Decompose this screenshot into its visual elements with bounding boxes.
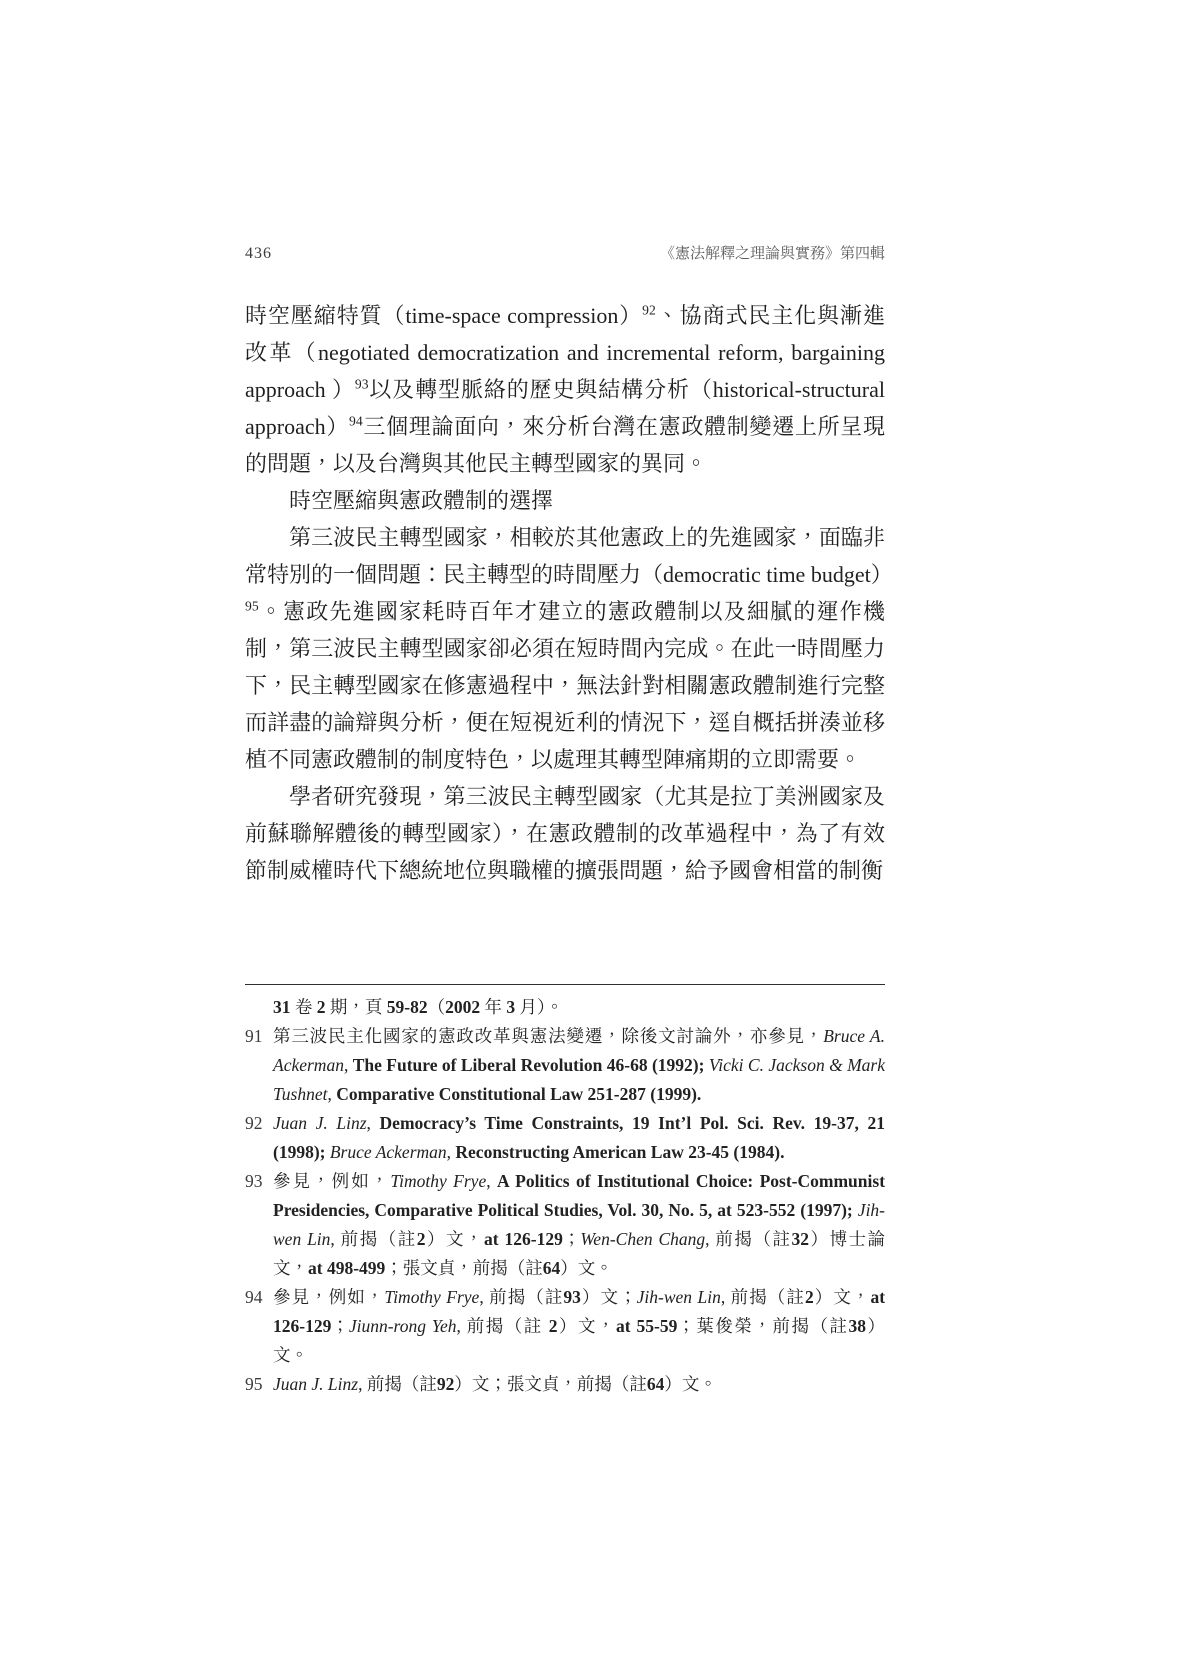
footnote-text: Juan J. Linz, 前揭（註92）文；張文貞，前揭（註64）文。 xyxy=(273,1370,885,1399)
text-run: ）文， xyxy=(814,1287,871,1307)
footnote-item: 95Juan J. Linz, 前揭（註92）文；張文貞，前揭（註64）文。 xyxy=(245,1370,885,1399)
footnote-text: 31 卷 2 期，頁 59-82（2002 年 3 月）。 xyxy=(273,993,885,1022)
footnote-text: Juan J. Linz, Democracy’s Time Constrain… xyxy=(273,1109,885,1167)
text-run: , xyxy=(327,1084,336,1104)
text-run: , 前揭（註 xyxy=(479,1287,563,1307)
text-run: Reconstructing American Law 23-45 (1984)… xyxy=(455,1142,784,1162)
text-run: 64 xyxy=(543,1258,561,1278)
text-run: Juan J. Linz xyxy=(273,1374,358,1394)
text-run: 2 xyxy=(805,1287,814,1307)
footnotes-area: 31 卷 2 期，頁 59-82（2002 年 3 月）。91第三波民主化國家的… xyxy=(245,984,885,1399)
text-run: 64 xyxy=(647,1374,665,1394)
footnote-item: 31 卷 2 期，頁 59-82（2002 年 3 月）。 xyxy=(245,993,885,1022)
page-number: 436 xyxy=(245,245,272,263)
footnote-ref-sup: 95 xyxy=(245,599,259,614)
book-page: 436 《憲法解釋之理論與實務》第四輯 時空壓縮特質（time-space co… xyxy=(0,0,1177,1664)
text-run: ）文。 xyxy=(664,1374,717,1394)
text-run: 月）。 xyxy=(515,997,563,1017)
footnote-number: 95 xyxy=(245,1370,273,1399)
section-subheading: 時空壓縮與憲政體制的選擇 xyxy=(245,482,885,519)
footnote-number: 91 xyxy=(245,1022,273,1051)
footnote-number: 92 xyxy=(245,1109,273,1138)
text-run: , 前揭（註 xyxy=(721,1287,805,1307)
text-run: 32 xyxy=(791,1229,809,1249)
text-run: 31 xyxy=(273,997,291,1017)
text-run: 92 xyxy=(437,1374,455,1394)
footnote-number: 93 xyxy=(245,1167,273,1196)
text-run: The Future of Liberal Revolution 46-68 (… xyxy=(353,1055,705,1075)
footnote-ref-sup: 94 xyxy=(349,414,363,429)
footnote-item: 91第三波民主化國家的憲政改革與憲法變遷，除後文討論外，亦參見，Bruce A.… xyxy=(245,1022,885,1109)
text-run: 期，頁 xyxy=(326,997,387,1017)
text-run: ）文。 xyxy=(560,1258,613,1278)
text-run: 第三波民主化國家的憲政改革與憲法變遷，除後文討論外，亦參見， xyxy=(273,1026,823,1046)
text-run: , 前揭（註 xyxy=(456,1316,548,1336)
text-run: , xyxy=(344,1055,353,1075)
text-run: , 前揭（註 xyxy=(358,1374,437,1394)
text-run: Timothy Frye xyxy=(384,1287,479,1307)
running-header-title: 《憲法解釋之理論與實務》第四輯 xyxy=(660,242,885,263)
text-run: 參見，例如， xyxy=(273,1287,384,1307)
text-run: ；葉俊榮，前揭（註 xyxy=(677,1316,848,1336)
text-run: , xyxy=(367,1113,380,1133)
text-run: 93 xyxy=(563,1287,581,1307)
text-run: ）文， xyxy=(425,1229,484,1249)
text-run: Bruce Ackerman xyxy=(330,1142,447,1162)
footnote-ref-sup: 93 xyxy=(355,377,369,392)
footnote-item: 92Juan J. Linz, Democracy’s Time Constra… xyxy=(245,1109,885,1167)
text-run: 第三波民主轉型國家，相較於其他憲政上的先進國家，面臨非常特別的一個問題：民主轉型… xyxy=(245,525,893,587)
body-paragraph: 第三波民主轉型國家，相較於其他憲政上的先進國家，面臨非常特別的一個問題：民主轉型… xyxy=(245,519,885,778)
footnote-text: 第三波民主化國家的憲政改革與憲法變遷，除後文討論外，亦參見，Bruce A. A… xyxy=(273,1022,885,1109)
text-run: 參見，例如， xyxy=(273,1171,390,1191)
body-text-area: 時空壓縮特質（time-space compression）92、協商式民主化與… xyxy=(245,297,885,889)
text-run: Jiunn-rong Yeh xyxy=(349,1316,457,1336)
text-run: at 55-59 xyxy=(616,1316,677,1336)
text-run: Juan J. Linz xyxy=(273,1113,367,1133)
footnote-ref-sup: 92 xyxy=(642,303,656,318)
text-run: 。憲政先進國家耗時百年才建立的憲政體制以及細膩的運作機制，第三波民主轉型國家卻必… xyxy=(245,599,885,772)
text-run: ；張文貞，前揭（註 xyxy=(385,1258,543,1278)
text-run: Timothy Frye xyxy=(390,1171,486,1191)
footnote-item: 94參見，例如，Timothy Frye, 前揭（註93）文；Jih-wen L… xyxy=(245,1283,885,1370)
text-run: , 前揭（註 xyxy=(705,1229,791,1249)
text-run: Jih-wen Lin xyxy=(637,1287,721,1307)
text-run: , xyxy=(486,1171,497,1191)
body-paragraph: 學者研究發現，第三波民主轉型國家（尤其是拉丁美洲國家及前蘇聯解體後的轉型國家），… xyxy=(245,778,885,889)
text-run: 學者研究發現，第三波民主轉型國家（尤其是拉丁美洲國家及前蘇聯解體後的轉型國家），… xyxy=(245,784,885,883)
footnote-number: 94 xyxy=(245,1283,273,1312)
running-header: 436 《憲法解釋之理論與實務》第四輯 xyxy=(245,242,885,263)
text-run: at 126-129 xyxy=(484,1229,563,1249)
text-run: Wen-Chen Chang xyxy=(580,1229,705,1249)
footnotes-list: 31 卷 2 期，頁 59-82（2002 年 3 月）。91第三波民主化國家的… xyxy=(245,993,885,1399)
text-run: 卷 xyxy=(291,997,317,1017)
text-run: 38 xyxy=(849,1316,867,1336)
text-run: ）文； xyxy=(581,1287,637,1307)
text-run: 年 xyxy=(480,997,506,1017)
footnote-text: 參見，例如，Timothy Frye, 前揭（註93）文；Jih-wen Lin… xyxy=(273,1283,885,1370)
text-run: ； xyxy=(331,1316,349,1336)
text-run: 2 xyxy=(317,997,326,1017)
text-run: 3 xyxy=(506,997,515,1017)
footnote-text: 參見，例如，Timothy Frye, A Politics of Instit… xyxy=(273,1167,885,1283)
text-run: at 498-499 xyxy=(308,1258,385,1278)
text-run: , 前揭（註 xyxy=(330,1229,416,1249)
text-run: 59-82 xyxy=(387,997,428,1017)
footnote-separator xyxy=(245,984,885,985)
text-run: ）文；張文貞，前揭（註 xyxy=(454,1374,647,1394)
text-run: ）文， xyxy=(557,1316,616,1336)
body-paragraph: 時空壓縮特質（time-space compression）92、協商式民主化與… xyxy=(245,297,885,482)
text-run: 2002 xyxy=(445,997,480,1017)
text-run: Comparative Constitutional Law 251-287 (… xyxy=(336,1084,701,1104)
text-run: 時空壓縮特質（time-space compression） xyxy=(245,303,642,328)
footnote-item: 93參見，例如，Timothy Frye, A Politics of Inst… xyxy=(245,1167,885,1283)
text-run: （ xyxy=(428,997,446,1017)
text-run: ； xyxy=(563,1229,581,1249)
